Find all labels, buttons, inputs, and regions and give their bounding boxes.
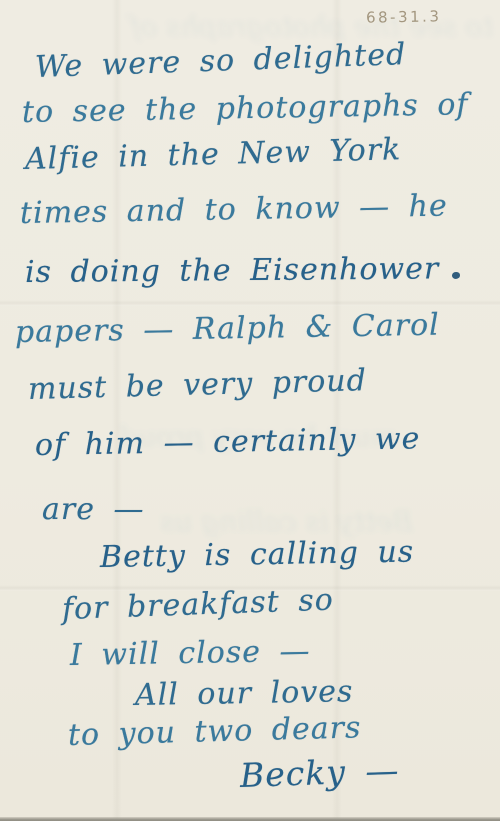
handwritten-line: Betty is calling us <box>100 535 415 575</box>
signature: Becky — <box>239 750 400 795</box>
ink-showthrough: Betty is calling us <box>160 505 413 538</box>
handwritten-line: must be very proud <box>28 363 368 407</box>
handwritten-line: I will close — <box>70 634 311 673</box>
handwritten-line: to you two dears <box>68 710 362 753</box>
archive-number: 68-31.3 <box>366 7 442 26</box>
ink-blot <box>452 272 460 279</box>
handwritten-line: times and to know — he <box>20 189 448 231</box>
handwritten-line: of him — certainly we <box>35 421 421 463</box>
handwritten-line: for breakfast so <box>61 583 334 627</box>
letter-page: to see the photographs of must be very p… <box>0 0 500 821</box>
paper-crease <box>0 300 500 306</box>
handwritten-line: papers — Ralph & Carol <box>15 308 440 350</box>
handwritten-line: We were so delighted <box>34 37 406 85</box>
handwritten-line: All our loves <box>135 674 354 713</box>
handwritten-line: is doing the Eisenhower <box>25 251 440 290</box>
scan-edge <box>0 817 500 821</box>
handwritten-line: are — <box>42 492 145 527</box>
handwritten-line: Alfie in the New York <box>25 132 402 177</box>
handwritten-line: to see the photographs of <box>22 87 469 130</box>
